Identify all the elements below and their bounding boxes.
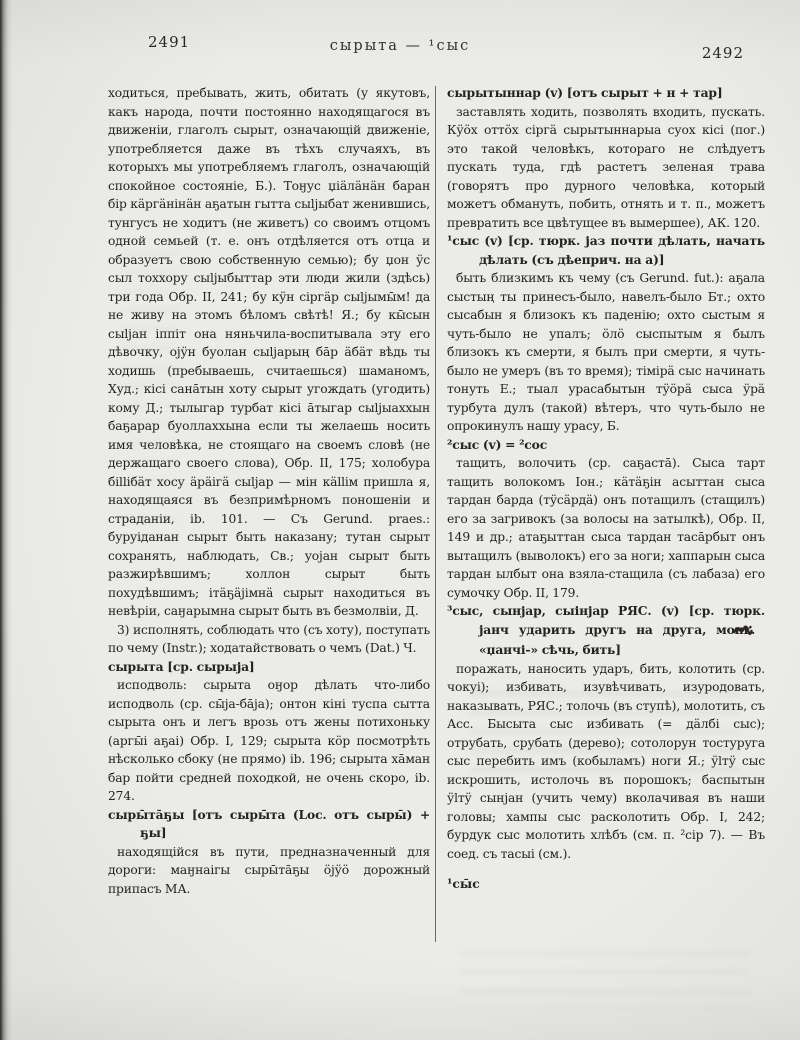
- headword-text: «џанчі-» сѣчь, бить]: [479, 642, 621, 657]
- dictionary-entry-sys-3: ³сыс, сынјар, сыінјар РЯС. (v) [ср. тюрк…: [447, 602, 765, 863]
- catchword: ¹сы̄с: [447, 875, 765, 894]
- page-number-right: 2492: [702, 44, 744, 62]
- entry-headword: ¹сыс (v) [ср. тюрк. јаз почти дѣлать, на…: [447, 232, 765, 269]
- entry-headword: ³сыс, сынјар, сыінјар РЯС. (v) [ср. тюрк…: [447, 602, 765, 660]
- dictionary-entry-syryt-continuation: ходиться, пребывать, жить, обитать (у як…: [108, 84, 430, 658]
- entry-body-paragraph: заставлять ходить, позволять входить, пу…: [447, 103, 765, 233]
- entry-body-paragraph: ходиться, пребывать, жить, обитать (у як…: [108, 84, 430, 621]
- dictionary-entry-syrytynnar: сырытыннар (v) [отъ сырыт + н + тар] зас…: [447, 84, 765, 232]
- entry-body-paragraph: находящійся въ пути, предназначенный для…: [108, 843, 430, 899]
- ink-bleed-through: [460, 950, 750, 1010]
- entry-body-paragraph: тащить, волочить (ср. саҕаста̄). Сыса та…: [447, 454, 765, 602]
- dictionary-entry-sys-2: ²сыс (v) = ²сос тащить, волочить (ср. са…: [447, 436, 765, 603]
- running-head: сырыта — ¹сыс: [0, 38, 800, 54]
- entry-headword: сырытыннар (v) [отъ сырыт + н + тар]: [447, 84, 765, 103]
- scan-edge-shadow: [0, 0, 12, 1040]
- column-divider: [435, 86, 436, 942]
- entry-body-paragraph: 3) исполнять, соблюдать что (съ хоту), п…: [108, 621, 430, 658]
- dictionary-page: 2491 сырыта — ¹сыс 2492 ходиться, пребыв…: [0, 0, 800, 1040]
- right-column: сырытыннар (v) [отъ сырыт + н + тар] зас…: [447, 84, 765, 906]
- dictionary-entry-syrytagy: сыры̄та̄ҕы [отъ сыры̄та (Loc. отъ сыры̄)…: [108, 806, 430, 899]
- entry-body-paragraph: поражать, наносить ударъ, бить, колотить…: [447, 660, 765, 864]
- dictionary-entry-sys-1: ¹сыс (v) [ср. тюрк. јаз почти дѣлать, на…: [447, 232, 765, 436]
- entry-headword: сырыта [ср. сырыја]: [108, 658, 430, 677]
- entry-body-paragraph: быть близкимъ къ чему (съ Gerund. fut.):…: [447, 269, 765, 436]
- entry-headword: ²сыс (v) = ²сос: [447, 436, 765, 455]
- dictionary-entry-syryta: сырыта [ср. сырыја] исподволь: сырыта оӈ…: [108, 658, 430, 806]
- entry-headword: сыры̄та̄ҕы [отъ сыры̄та (Loc. отъ сыры̄)…: [108, 806, 430, 843]
- entry-body-paragraph: исподволь: сырыта оӈор дѣлать что-либо и…: [108, 676, 430, 806]
- left-column: ходиться, пребывать, жить, обитать (у як…: [108, 84, 430, 898]
- headword-text: ³сыс, сынјар, сыінјар РЯС. (v) [ср. тюрк…: [447, 603, 765, 637]
